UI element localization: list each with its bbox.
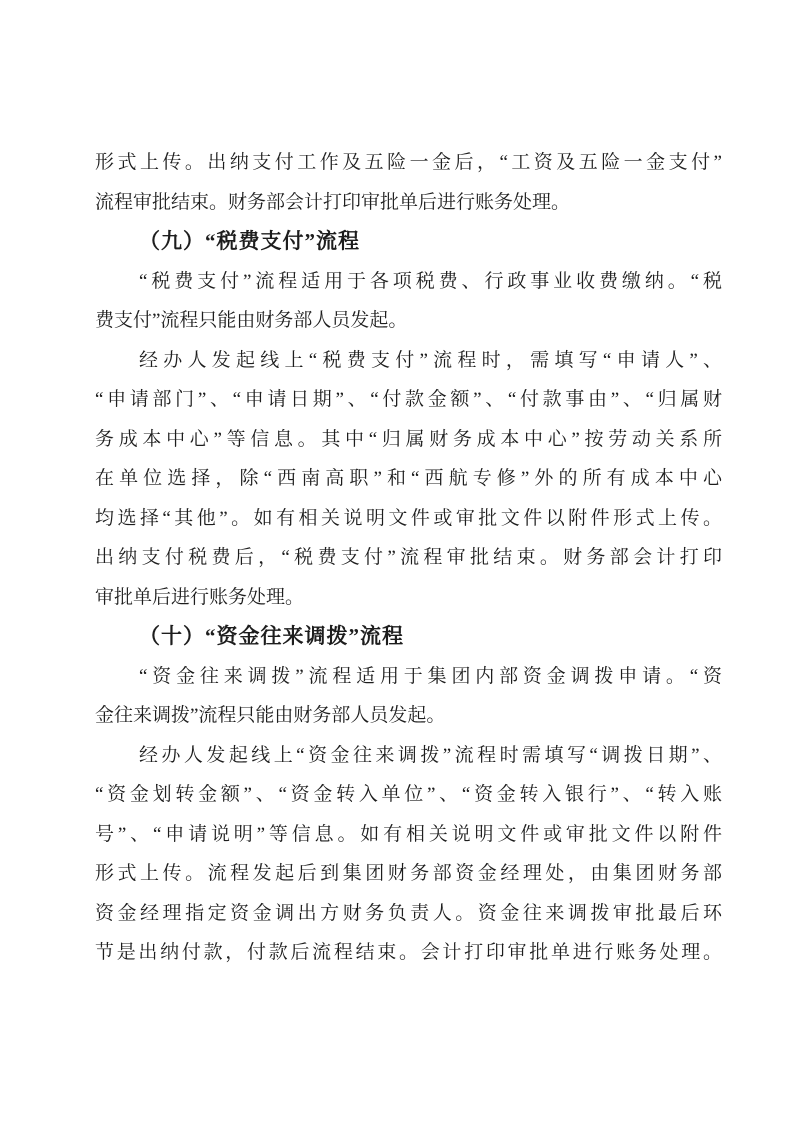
body-line: 资金经理指定资金调出方财务负责人。资金往来调拨审批最后环: [95, 894, 722, 934]
body-line: 号”、“申请说明”等信息。如有相关说明文件或审批文件以附件: [95, 815, 722, 855]
body-line: 经办人发起线上“税费支付”流程时，需填写“申请人”、: [95, 341, 722, 381]
section-heading-10: （十）“资金往来调拨”流程: [95, 617, 722, 657]
body-line: 金往来调拨”流程只能由财务部人员发起。: [95, 696, 722, 736]
section-heading-9: （九）“税费支付”流程: [95, 222, 722, 262]
body-line: “申请部门”、“申请日期”、“付款金额”、“付款事由”、“归属财: [95, 380, 722, 420]
body-line: 节是出纳付款，付款后流程结束。会计打印审批单进行账务处理。: [95, 933, 722, 973]
body-line: 经办人发起线上“资金往来调拨”流程时需填写“调拨日期”、: [95, 736, 722, 776]
body-line: 流程审批结束。财务部会计打印审批单后进行账务处理。: [95, 183, 722, 223]
body-line: 出纳支付税费后，“税费支付”流程审批结束。财务部会计打印: [95, 538, 722, 578]
body-line: 形式上传。出纳支付工作及五险一金后，“工资及五险一金支付”: [95, 143, 722, 183]
body-line: 费支付”流程只能由财务部人员发起。: [95, 301, 722, 341]
body-line: 形式上传。流程发起后到集团财务部资金经理处，由集团财务部: [95, 854, 722, 894]
body-line: “税费支付”流程适用于各项税费、行政事业收费缴纳。“税: [95, 262, 722, 302]
body-line: “资金划转金额”、“资金转入单位”、“资金转入银行”、“转入账: [95, 775, 722, 815]
body-line: 审批单后进行账务处理。: [95, 578, 722, 618]
body-line: 均选择“其他”。如有相关说明文件或审批文件以附件形式上传。: [95, 499, 722, 539]
body-line: “资金往来调拨”流程适用于集团内部资金调拨申请。“资: [95, 657, 722, 697]
document-text-block: 形式上传。出纳支付工作及五险一金后，“工资及五险一金支付” 流程审批结束。财务部…: [95, 143, 722, 973]
body-line: 务成本中心”等信息。其中“归属财务成本中心”按劳动关系所: [95, 420, 722, 460]
document-page: 形式上传。出纳支付工作及五险一金后，“工资及五险一金支付” 流程审批结束。财务部…: [0, 0, 793, 1122]
body-line: 在单位选择，除“西南高职”和“西航专修”外的所有成本中心: [95, 459, 722, 499]
